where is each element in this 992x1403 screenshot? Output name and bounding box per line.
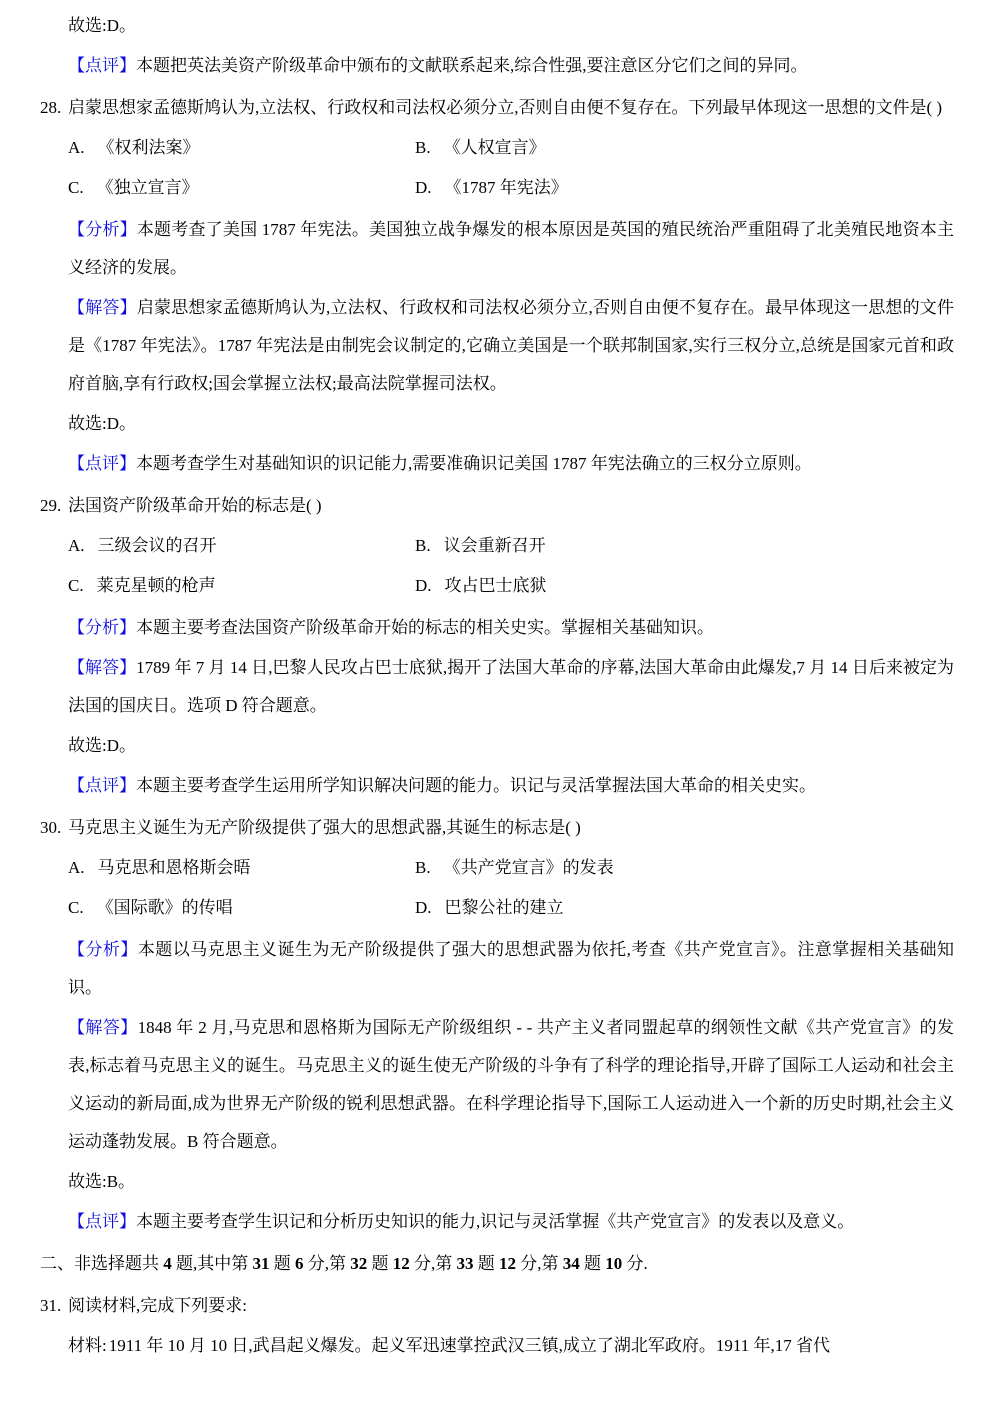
q30-answer: 【解答】1848 年 2 月,马克思和恩格斯为国际无产阶级组织 - - 共产主义… (68, 1009, 954, 1161)
q31-number: 31. (40, 1287, 68, 1325)
q29-option-b: B.议会重新召开 (415, 527, 954, 565)
option-letter: D. (415, 898, 432, 917)
section2-part: 题,其中第 (172, 1254, 253, 1273)
section2-part-bold: 32 (350, 1254, 367, 1273)
option-text: 攻占巴士底狱 (445, 576, 547, 595)
q30-choice-line: 故选:B。 (68, 1163, 954, 1201)
section2-part: 分,第 (410, 1254, 457, 1273)
option-text: 巴黎公社的建立 (445, 898, 564, 917)
section2-heading: 二、非选择题共 4 题,其中第 31 题 6 分,第 32 题 12 分,第 3… (40, 1245, 954, 1283)
analysis-text: 本题以马克思主义诞生为无产阶级提供了强大的思想武器为依托,考查《共产党宣言》。注… (68, 940, 954, 997)
option-letter: C. (68, 576, 84, 595)
option-letter: B. (415, 536, 431, 555)
q31-prompt-text: 阅读材料,完成下列要求: (68, 1296, 247, 1315)
option-letter: A. (68, 138, 85, 157)
analysis-tag: 【分析】 (68, 618, 136, 637)
comment-text: 本题主要考查学生识记和分析历史知识的能力,识记与灵活掌握《共产党宣言》的发表以及… (136, 1212, 854, 1231)
analysis-text: 本题主要考查法国资产阶级革命开始的标志的相关史实。掌握相关基础知识。 (136, 618, 714, 637)
option-letter: C. (68, 178, 84, 197)
option-letter: D. (415, 178, 432, 197)
section2-part: 题 (270, 1254, 296, 1273)
q27-comment-line: 【点评】本题把英法美资产阶级革命中颁布的文献联系起来,综合性强,要注意区分它们之… (68, 47, 954, 85)
material-label: 材料: (68, 1336, 107, 1355)
option-letter: A. (68, 858, 85, 877)
q31-prompt: 31.阅读材料,完成下列要求: (40, 1287, 954, 1325)
q30-option-c: C.《国际歌》的传唱 (68, 889, 415, 927)
option-text: 莱克星顿的枪声 (97, 576, 216, 595)
option-text: 《独立宣言》 (97, 178, 199, 197)
section2-part: 二、非选择题共 (40, 1254, 163, 1273)
option-text: 《共产党宣言》的发表 (444, 858, 614, 877)
q29-number: 29. (40, 487, 68, 525)
comment-text: 本题考查学生对基础知识的识记能力,需要准确识记美国 1787 年宪法确立的三权分… (136, 454, 812, 473)
section2-part-bold: 6 (295, 1254, 304, 1273)
section2-part-bold: 31 (253, 1254, 270, 1273)
option-letter: D. (415, 576, 432, 595)
q30-stem: 30.马克思主义诞生为无产阶级提供了强大的思想武器,其诞生的标志是( ) (40, 809, 954, 847)
q29-comment-line: 【点评】本题主要考查学生运用所学知识解决问题的能力。识记与灵活掌握法国大革命的相… (68, 767, 954, 805)
option-text: 《权利法案》 (98, 138, 200, 157)
comment-tag: 【点评】 (68, 454, 136, 473)
q30-option-b: B.《共产党宣言》的发表 (415, 849, 954, 887)
q28-answer: 【解答】启蒙思想家孟德斯鸠认为,立法权、行政权和司法权必须分立,否则自由便不复存… (68, 289, 954, 403)
option-text: 马克思和恩格斯会晤 (98, 858, 251, 877)
answer-text: 1848 年 2 月,马克思和恩格斯为国际无产阶级组织 - - 共产主义者同盟起… (68, 1018, 954, 1151)
answer-text: 启蒙思想家孟德斯鸠认为,立法权、行政权和司法权必须分立,否则自由便不复存在。最早… (68, 298, 954, 393)
q29-stem-text: 法国资产阶级革命开始的标志是( ) (68, 496, 322, 515)
q28-stem: 28.启蒙思想家孟德斯鸠认为,立法权、行政权和司法权必须分立,否则自由便不复存在… (40, 89, 954, 127)
section2-part-bold: 4 (163, 1254, 172, 1273)
option-text: 三级会议的召开 (98, 536, 217, 555)
comment-text: 本题主要考查学生运用所学知识解决问题的能力。识记与灵活掌握法国大革命的相关史实。 (136, 776, 816, 795)
q28-choice-line: 故选:D。 (68, 405, 954, 443)
option-letter: B. (415, 138, 431, 157)
option-text: 《人权宣言》 (444, 138, 546, 157)
section2-part: 题 (474, 1254, 500, 1273)
q28-options: A.《权利法案》 B.《人权宣言》 C.《独立宣言》 D.《1787 年宪法》 (68, 129, 954, 209)
section2-part: 分. (622, 1254, 648, 1273)
section2-part: 分,第 (304, 1254, 351, 1273)
comment-tag: 【点评】 (68, 56, 136, 75)
q30-option-d: D.巴黎公社的建立 (415, 889, 954, 927)
q28-comment-line: 【点评】本题考查学生对基础知识的识记能力,需要准确识记美国 1787 年宪法确立… (68, 445, 954, 483)
q29-choice-line: 故选:D。 (68, 727, 954, 765)
option-letter: B. (415, 858, 431, 877)
answer-tag: 【解答】 (68, 298, 137, 317)
comment-text: 本题把英法美资产阶级革命中颁布的文献联系起来,综合性强,要注意区分它们之间的异同… (136, 56, 808, 75)
q29-answer: 【解答】1789 年 7 月 14 日,巴黎人民攻占巴士底狱,揭开了法国大革命的… (68, 649, 954, 725)
material-text: 1911 年 10 月 10 日,武昌起义爆发。起义军迅速掌控武汉三镇,成立了湖… (109, 1336, 830, 1355)
q28-stem-text: 启蒙思想家孟德斯鸠认为,立法权、行政权和司法权必须分立,否则自由便不复存在。下列… (68, 98, 942, 117)
option-letter: C. (68, 898, 84, 917)
document-page: 故选:D。 【点评】本题把英法美资产阶级革命中颁布的文献联系起来,综合性强,要注… (0, 0, 992, 1403)
analysis-tag: 【分析】 (68, 220, 137, 239)
option-text: 《国际歌》的传唱 (97, 898, 233, 917)
q28-option-c: C.《独立宣言》 (68, 169, 415, 207)
section2-part-bold: 10 (605, 1254, 622, 1273)
section2-part-bold: 33 (457, 1254, 474, 1273)
section2-part: 题 (580, 1254, 606, 1273)
answer-tag: 【解答】 (68, 1018, 138, 1037)
q28-option-a: A.《权利法案》 (68, 129, 415, 167)
q29-options: A.三级会议的召开 B.议会重新召开 C.莱克星顿的枪声 D.攻占巴士底狱 (68, 527, 954, 607)
section2-part: 分,第 (516, 1254, 563, 1273)
q29-option-c: C.莱克星顿的枪声 (68, 567, 415, 605)
q29-option-a: A.三级会议的召开 (68, 527, 415, 565)
answer-tag: 【解答】 (68, 658, 136, 677)
q30-comment-line: 【点评】本题主要考查学生识记和分析历史知识的能力,识记与灵活掌握《共产党宣言》的… (68, 1203, 954, 1241)
option-text: 《1787 年宪法》 (445, 178, 568, 197)
answer-text: 1789 年 7 月 14 日,巴黎人民攻占巴士底狱,揭开了法国大革命的序幕,法… (68, 658, 954, 715)
option-letter: A. (68, 536, 85, 555)
q31-material: 材料:1911 年 10 月 10 日,武昌起义爆发。起义军迅速掌控武汉三镇,成… (68, 1327, 954, 1365)
q30-options: A.马克思和恩格斯会晤 B.《共产党宣言》的发表 C.《国际歌》的传唱 D.巴黎… (68, 849, 954, 929)
q30-analysis: 【分析】本题以马克思主义诞生为无产阶级提供了强大的思想武器为依托,考查《共产党宣… (68, 931, 954, 1007)
section2-part: 题 (367, 1254, 393, 1273)
q29-stem: 29.法国资产阶级革命开始的标志是( ) (40, 487, 954, 525)
q28-number: 28. (40, 89, 68, 127)
q30-option-a: A.马克思和恩格斯会晤 (68, 849, 415, 887)
option-text: 议会重新召开 (444, 536, 546, 555)
q30-number: 30. (40, 809, 68, 847)
q29-option-d: D.攻占巴士底狱 (415, 567, 954, 605)
q28-option-b: B.《人权宣言》 (415, 129, 954, 167)
comment-tag: 【点评】 (68, 776, 136, 795)
section2-part-bold: 12 (499, 1254, 516, 1273)
section2-part-bold: 12 (393, 1254, 410, 1273)
analysis-tag: 【分析】 (68, 940, 138, 959)
q28-option-d: D.《1787 年宪法》 (415, 169, 954, 207)
section2-part-bold: 34 (563, 1254, 580, 1273)
q28-analysis: 【分析】本题考查了美国 1787 年宪法。美国独立战争爆发的根本原因是英国的殖民… (68, 211, 954, 287)
q29-analysis: 【分析】本题主要考查法国资产阶级革命开始的标志的相关史实。掌握相关基础知识。 (68, 609, 954, 647)
comment-tag: 【点评】 (68, 1212, 136, 1231)
q30-stem-text: 马克思主义诞生为无产阶级提供了强大的思想武器,其诞生的标志是( ) (68, 818, 581, 837)
analysis-text: 本题考查了美国 1787 年宪法。美国独立战争爆发的根本原因是英国的殖民统治严重… (68, 220, 954, 277)
q27-choice-line: 故选:D。 (68, 7, 954, 45)
